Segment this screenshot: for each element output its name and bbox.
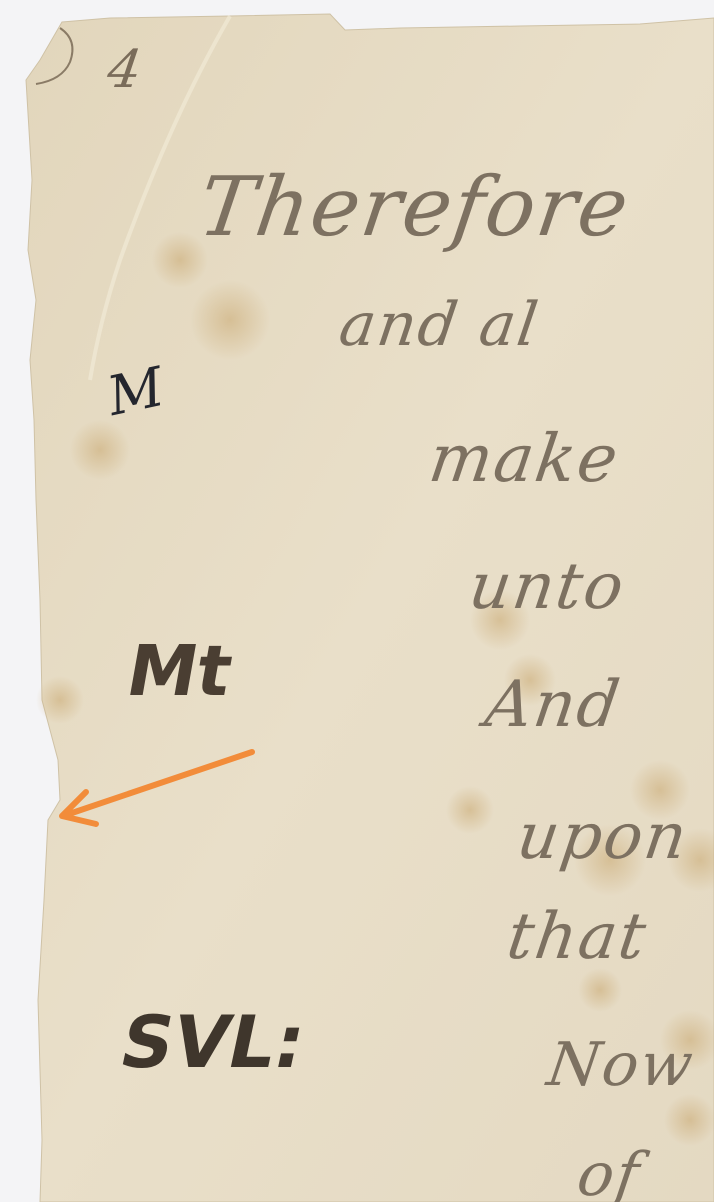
arrow-annotation-icon xyxy=(0,0,714,1202)
